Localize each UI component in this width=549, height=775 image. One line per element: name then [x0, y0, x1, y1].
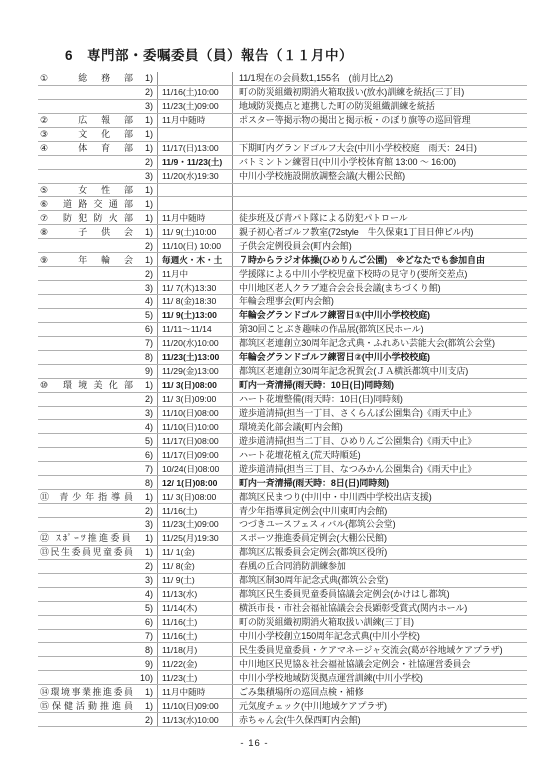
activity-cell: 町の防災組織初期消火箱取扱い(放水)訓練を統括(三丁目) — [233, 86, 527, 99]
department-cell: 4) — [38, 420, 157, 433]
activity-cell: 町内一斉清掃(雨天時：10日(日)同時刻) — [233, 379, 527, 392]
item-number: 9) — [137, 658, 153, 670]
table-row: 2) 11/ 3(日)09:00 ハート花壇整備(雨天時：10日(日)同時刻) — [38, 393, 527, 407]
table-row: 7) 11/16(土) 中川小学校創立150周年記念式典(中川小学校) — [38, 630, 527, 644]
department-cell: 2) — [38, 713, 157, 726]
item-number: 1) — [137, 546, 153, 558]
date-cell: 11/ 8(金) — [157, 560, 233, 573]
table-row: 4) 11/10(日)10:00 環境美化部会議(町内会館) — [38, 420, 527, 434]
table-row: 2) 11/13(水)10:00 赤ちゃん会(牛久保西町内会館) — [38, 713, 527, 727]
activity-cell: 横浜市長・市社会福祉協議会会長顕彰受賞式(関内ホール) — [233, 602, 527, 615]
item-number: 2) — [137, 393, 153, 405]
table-row: 6) 11/16(土) 町の防災組織初期消火箱取扱い訓練(三丁目) — [38, 616, 527, 630]
department-name: ⑧ 子供会 — [40, 226, 133, 238]
table-row: 2) 11月中 学援隊による中川小学校児童下校時の見守り(要所交差点) — [38, 267, 527, 281]
item-number: 7) — [137, 337, 153, 349]
table-row: ⑤ 女性部 1) — [38, 184, 527, 198]
section-title: 6 専門部・委嘱委員（員）報告（１１月中） — [65, 44, 527, 64]
table-row: 5) 11/17(日)08:00 遊歩道清掃(担当二丁目、ひめりんご公園集合)《… — [38, 434, 527, 448]
department-cell: ⑦ 防犯防火部 1) — [38, 211, 157, 224]
date-cell: 11/18(月) — [157, 643, 233, 656]
date-cell: 11/ 3(日)08:00 — [157, 379, 233, 392]
department-cell: 5) — [38, 602, 157, 615]
department-name: ⑩ 環境美化部 — [40, 379, 133, 391]
department-cell: 7) — [38, 462, 157, 475]
department-cell: 9) — [38, 365, 157, 378]
item-number: 3) — [137, 100, 153, 112]
item-number: 10) — [137, 672, 153, 684]
department-name: ⑨ 年輪会 — [40, 254, 133, 266]
table-row: 10) 11/23(土) 中川小学校地域防災拠点運営訓練(中川小学校) — [38, 671, 527, 685]
activity-cell: スポーツ推進委員定例会(大棚公民館) — [233, 532, 527, 545]
date-cell: 11/10(日)08:00 — [157, 407, 233, 420]
item-number: 4) — [137, 588, 153, 600]
item-number: 2) — [137, 560, 153, 572]
department-cell: 3) — [38, 518, 157, 531]
date-cell: 11/11～11/14 — [157, 323, 233, 336]
item-number: 1) — [137, 686, 153, 698]
item-number: 3) — [137, 407, 153, 419]
department-cell: ② 広報部 1) — [38, 114, 157, 127]
department-cell: ⑥ 道路交通部 1) — [38, 197, 157, 210]
table-row: ⑩ 環境美化部 1) 11/ 3(日)08:00 町内一斉清掃(雨天時：10日(… — [38, 379, 527, 393]
activity-cell: 民生委員児童委員・ケアマネージャ交流会(葛が谷地域ケアプラザ) — [233, 643, 527, 656]
date-cell: 11/ 9(土)10:00 — [157, 225, 233, 238]
activity-cell: 都筑区広報委員会定例会(都筑区役所) — [233, 546, 527, 559]
table-row: ④ 体育部 1) 11/17(日)13:00 下期町内グランドゴルフ大会(中川小… — [38, 142, 527, 156]
activity-cell: ７時からラジオ体操(ひめりんご公園) ※どなたでも参加自由 — [233, 253, 527, 266]
activity-cell: 地域防災拠点と連携した町の防災組織訓練を統括 — [233, 100, 527, 113]
table-row: ⑬民生委員児童委員 1) 11/ 1(金) 都筑区広報委員会定例会(都筑区役所) — [38, 546, 527, 560]
item-number: 2) — [137, 505, 153, 517]
item-number: 3) — [137, 518, 153, 530]
table-row: 3) 11/10(日)08:00 遊歩道清掃(担当一丁目、さくらんぼ公園集合)《… — [38, 407, 527, 421]
date-cell: 12/ 1(日)08:00 — [157, 476, 233, 489]
department-name: ① 総務部 — [40, 72, 133, 84]
date-cell: 11/10(日)10:00 — [157, 420, 233, 433]
activity-cell: 都筑区民生委員児童委員協議会定例会(かけはし都筑) — [233, 588, 527, 601]
item-number: 2) — [137, 86, 153, 98]
table-row: 8) 11/23(土)13:00 年輪会グランドゴルフ練習日②(中川小学校校庭) — [38, 351, 527, 365]
activity-cell: 遊歩道清掃(担当一丁目、さくらんぼ公園集合)《雨天中止》 — [233, 407, 527, 420]
department-cell: 4) — [38, 295, 157, 308]
item-number: 8) — [137, 644, 153, 656]
department-cell: 8) — [38, 643, 157, 656]
table-row: 4) 11/13(水) 都筑区民生委員児童委員協議会定例会(かけはし都筑) — [38, 588, 527, 602]
department-cell: 2) — [38, 239, 157, 252]
item-number: 3) — [137, 170, 153, 182]
activity-cell: ポスター等掲示物の掲出と掲示板・のぼり旗等の巡回管理 — [233, 114, 527, 127]
item-number: 6) — [137, 616, 153, 628]
table-row: ⑪ 青少年指導員 1) 11/ 3(日)08:00 都筑区民まつり(中川中・中川… — [38, 490, 527, 504]
table-row: 2) 11/16(土)10:00 町の防災組織初期消火箱取扱い(放水)訓練を統括… — [38, 86, 527, 100]
department-cell: ⑭環境事業推進委員 1) — [38, 685, 157, 698]
date-cell: 11/ 3(日)09:00 — [157, 393, 233, 406]
date-cell: 11/ 8(金)18:30 — [157, 295, 233, 308]
activity-cell: ハート花壇整備(雨天時：10日(日)同時刻) — [233, 393, 527, 406]
date-cell: 11/16(土)10:00 — [157, 86, 233, 99]
table-row: ① 総務部 1) 11/1現在の会員数1,155名 (前月比△2) — [38, 72, 527, 86]
table-row: ⑮保健活動推進員 1) 11/10(日)09:00 元気度チェック(中川地域ケア… — [38, 699, 527, 713]
date-cell: 11/13(水)10:00 — [157, 713, 233, 726]
activity-cell: つづきユースフェスィバル(都筑公会堂) — [233, 518, 527, 531]
item-number: 2) — [137, 714, 153, 726]
activity-cell: 親子初心者ゴルフ教室(72style 牛久保東1丁目日伸ビル内) — [233, 225, 527, 238]
department-cell: ⑩ 環境美化部 1) — [38, 379, 157, 392]
item-number: 1) — [137, 700, 153, 712]
item-number: 3) — [137, 574, 153, 586]
activity-cell: 青少年指導員定例会(中川東町内会館) — [233, 504, 527, 517]
activity-cell: 都筑区老連創立30周年記念祝賀会(ＪＡ横浜都筑中川支店) — [233, 365, 527, 378]
activity-cell: 年輪会理事会(町内会館) — [233, 295, 527, 308]
item-number: 2) — [137, 268, 153, 280]
activity-cell: 都筑区民まつり(中川中・中川西中学校出店支援) — [233, 490, 527, 503]
activity-cell: 春風の丘合同消防訓練参加 — [233, 560, 527, 573]
department-name: ⑦ 防犯防火部 — [40, 212, 133, 224]
activity-cell: 下期町内グランドゴルフ大会(中川小学校校庭 雨天：24日) — [233, 142, 527, 155]
item-number: 5) — [137, 435, 153, 447]
item-number: 1) — [137, 379, 153, 391]
department-name: ⑤ 女性部 — [40, 184, 133, 196]
activity-cell: 学援隊による中川小学校児童下校時の見守り(要所交差点) — [233, 267, 527, 280]
page-number: - 16 - — [0, 738, 509, 749]
table-row: ⑦ 防犯防火部 1) 11月中随時 徒歩班及び青パト隊による防犯パトロール — [38, 211, 527, 225]
date-cell: 11/ 3(日)08:00 — [157, 490, 233, 503]
item-number: 2) — [137, 156, 153, 168]
table-row: 3) 11/ 9(土) 都筑区制30周年記念式典(都筑公会堂) — [38, 574, 527, 588]
date-cell: 11/16(土) — [157, 616, 233, 629]
department-cell: 9) — [38, 657, 157, 670]
item-number: 1) — [137, 184, 153, 196]
date-cell: 11/16(土) — [157, 504, 233, 517]
activity-cell: 町の防災組織初期消火箱取扱い訓練(三丁目) — [233, 616, 527, 629]
department-cell: 3) — [38, 407, 157, 420]
table-row: 2) 11/ 8(金) 春風の丘合同消防訓練参加 — [38, 560, 527, 574]
table-row: 3) 11/23(土)09:00 地域防災拠点と連携した町の防災組織訓練を統括 — [38, 100, 527, 114]
item-number: 3) — [137, 282, 153, 294]
table-row: 2) 11/16(土) 青少年指導員定例会(中川東町内会館) — [38, 504, 527, 518]
department-cell: 6) — [38, 616, 157, 629]
item-number: 9) — [137, 365, 153, 377]
department-cell: 6) — [38, 448, 157, 461]
department-cell: 3) — [38, 574, 157, 587]
activity-cell: 赤ちゃん会(牛久保西町内会館) — [233, 713, 527, 726]
department-name: ⑥ 道路交通部 — [40, 198, 133, 210]
page-title: 専門部・委嘱委員（員）報告（１１月中） — [87, 44, 353, 64]
table-row: 6) 11/17(日)09:00 ハート花壇花植え(荒天時順延) — [38, 448, 527, 462]
date-cell: 11/29(金)13:00 — [157, 365, 233, 378]
date-cell — [157, 128, 233, 141]
activity-cell — [233, 197, 527, 210]
date-cell: 11/17(日)09:00 — [157, 448, 233, 461]
department-cell: ③ 文化部 1) — [38, 128, 157, 141]
date-cell — [157, 197, 233, 210]
item-number: 1) — [137, 114, 153, 126]
activity-cell: 徒歩班及び青パト隊による防犯パトロール — [233, 211, 527, 224]
department-cell: 10) — [38, 671, 157, 684]
date-cell: 11/17(日)08:00 — [157, 434, 233, 447]
activity-cell — [233, 128, 527, 141]
table-row: 8) 11/18(月) 民生委員児童委員・ケアマネージャ交流会(葛が谷地域ケアプ… — [38, 643, 527, 657]
activity-cell: 遊歩道清掃(担当三丁目、なつみかん公園集合)《雨天中止》 — [233, 462, 527, 475]
department-name: ⑭環境事業推進委員 — [40, 686, 133, 698]
activity-cell: 町内一斉清掃(雨天時：8日(日)同時刻) — [233, 476, 527, 489]
activity-cell: ごみ集積場所の巡回点検・補修 — [233, 685, 527, 698]
item-number: 6) — [137, 449, 153, 461]
department-cell: 2) — [38, 560, 157, 573]
table-row: 8) 12/ 1(日)08:00 町内一斉清掃(雨天時：8日(日)同時刻) — [38, 476, 527, 490]
activity-cell: 中川小学校地域防災拠点運営訓練(中川小学校) — [233, 671, 527, 684]
date-cell: 11/13(水) — [157, 588, 233, 601]
item-number: 1) — [137, 254, 153, 266]
activity-cell: 中川地区民児協＆社会福祉協議会定例会・社協運営委員会 — [233, 657, 527, 670]
department-cell: ⑫ ｽﾎﾟｰﾂ推進委員 1) — [38, 532, 157, 545]
department-cell: 2) — [38, 267, 157, 280]
table-row: 3) 11/20(水)19:30 中川小学校施設開放調整会議(大棚公民館) — [38, 170, 527, 184]
activity-cell: 子供会定例役員会(町内会館) — [233, 239, 527, 252]
item-number: 2) — [137, 240, 153, 252]
table-row: 3) 11/23(土)09:00 つづきユースフェスィバル(都筑公会堂) — [38, 518, 527, 532]
department-cell: 3) — [38, 100, 157, 113]
date-cell: 11/23(土)09:00 — [157, 100, 233, 113]
date-cell: 11/22(金) — [157, 657, 233, 670]
table-row: 7) 11/20(水)10:00 都筑区老連創立30周年記念式典・ふれあい芸能大… — [38, 337, 527, 351]
department-cell: 2) — [38, 86, 157, 99]
table-row: ② 広報部 1) 11月中随時 ポスター等掲示物の掲出と掲示板・のぼり旗等の巡回… — [38, 114, 527, 128]
date-cell: 11/ 1(金) — [157, 546, 233, 559]
table-row: 4) 11/ 8(金)18:30 年輪会理事会(町内会館) — [38, 295, 527, 309]
date-cell: 11/20(水)19:30 — [157, 170, 233, 183]
item-number: 5) — [137, 309, 153, 321]
date-cell: 11/ 9(土) — [157, 574, 233, 587]
department-cell: 3) — [38, 281, 157, 294]
activity-cell: 環境美化部会議(町内会館) — [233, 420, 527, 433]
item-number: 4) — [137, 421, 153, 433]
department-cell: 7) — [38, 337, 157, 350]
section-number: 6 — [65, 48, 73, 63]
table-row: 5) 11/ 9(土)13:00 年輪会グランドゴルフ練習日①(中川小学校校庭) — [38, 309, 527, 323]
item-number: 1) — [137, 72, 153, 84]
table-row: 7) 10/24(日)08:00 遊歩道清掃(担当三丁目、なつみかん公園集合)《… — [38, 462, 527, 476]
department-cell: 5) — [38, 434, 157, 447]
department-name: ⑫ ｽﾎﾟｰﾂ推進委員 — [40, 532, 133, 544]
activity-cell: ハート花壇花植え(荒天時順延) — [233, 448, 527, 461]
department-cell: ⑧ 子供会 1) — [38, 225, 157, 238]
department-name: ⑬民生委員児童委員 — [40, 546, 133, 558]
department-cell: ⑮保健活動推進員 1) — [38, 699, 157, 712]
activity-cell: 元気度チェック(中川地域ケアプラザ) — [233, 699, 527, 712]
activity-cell: 年輪会グランドゴルフ練習日①(中川小学校校庭) — [233, 309, 527, 322]
department-cell: ⑪ 青少年指導員 1) — [38, 490, 157, 503]
department-name: ⑮保健活動推進員 — [40, 700, 133, 712]
item-number: 1) — [137, 142, 153, 154]
table-row: ⑨ 年輪会 1) 毎週火・木・土 ７時からラジオ体操(ひめりんご公園) ※どなた… — [38, 253, 527, 267]
department-cell: 7) — [38, 630, 157, 643]
item-number: 4) — [137, 295, 153, 307]
item-number: 7) — [137, 630, 153, 642]
activity-cell: 第30回ことぶき趣味の作品展(都筑区民ホール) — [233, 323, 527, 336]
department-cell: ⑨ 年輪会 1) — [38, 253, 157, 266]
activity-cell — [233, 184, 527, 197]
department-cell: 2) — [38, 393, 157, 406]
department-cell: 3) — [38, 170, 157, 183]
date-cell: 11/20(水)10:00 — [157, 337, 233, 350]
department-cell: 5) — [38, 309, 157, 322]
table-row: 9) 11/22(金) 中川地区民児協＆社会福祉協議会定例会・社協運営委員会 — [38, 657, 527, 671]
date-cell: 11月中随時 — [157, 114, 233, 127]
department-name: ④ 体育部 — [40, 142, 133, 154]
activity-cell: 年輪会グランドゴルフ練習日②(中川小学校校庭) — [233, 351, 527, 364]
item-number: 1) — [137, 226, 153, 238]
item-number: 5) — [137, 602, 153, 614]
date-cell: 11/ 9(土)13:00 — [157, 309, 233, 322]
activity-cell: 都筑区制30周年記念式典(都筑公会堂) — [233, 574, 527, 587]
department-cell: 6) — [38, 323, 157, 336]
table-row: 5) 11/14(木) 横浜市長・市社会福祉協議会会長顕彰受賞式(関内ホール) — [38, 602, 527, 616]
item-number: 6) — [137, 323, 153, 335]
table-row: 3) 11/ 7(木)13:30 中川地区老人クラブ連合会会長会議(まちづくり館… — [38, 281, 527, 295]
department-name: ③ 文化部 — [40, 128, 133, 140]
activity-cell: 中川小学校創立150周年記念式典(中川小学校) — [233, 630, 527, 643]
date-cell: 11/ 7(木)13:30 — [157, 281, 233, 294]
date-cell: 毎週火・木・土 — [157, 253, 233, 266]
date-cell: 11/23(土)09:00 — [157, 518, 233, 531]
date-cell: 11/9・11/23(土) — [157, 156, 233, 169]
department-cell: 2) — [38, 156, 157, 169]
date-cell: 11/10(日) 10:00 — [157, 239, 233, 252]
table-row: ⑥ 道路交通部 1) — [38, 197, 527, 211]
activity-cell: 都筑区老連創立30周年記念式典・ふれあい芸能大会(都筑公会堂) — [233, 337, 527, 350]
table-row: 6) 11/11～11/14 第30回ことぶき趣味の作品展(都筑区民ホール) — [38, 323, 527, 337]
date-cell: 11/25(月)19:30 — [157, 532, 233, 545]
activity-cell: バトミントン練習日(中川小学校体育館 13:00 ～ 16:00) — [233, 156, 527, 169]
date-cell: 11月中随時 — [157, 685, 233, 698]
department-cell: 4) — [38, 588, 157, 601]
activity-cell: 遊歩道清掃(担当二丁目、ひめりんご公園集合)《雨天中止》 — [233, 434, 527, 447]
activity-cell: 中川小学校施設開放調整会議(大棚公民館) — [233, 170, 527, 183]
table-row: ⑭環境事業推進委員 1) 11月中随時 ごみ集積場所の巡回点検・補修 — [38, 685, 527, 699]
date-cell: 10/24(日)08:00 — [157, 462, 233, 475]
item-number: 1) — [137, 532, 153, 544]
item-number: 1) — [137, 198, 153, 210]
department-cell: 8) — [38, 351, 157, 364]
department-cell: ⑬民生委員児童委員 1) — [38, 546, 157, 559]
item-number: 1) — [137, 491, 153, 503]
date-cell: 11/10(日)09:00 — [157, 699, 233, 712]
item-number: 8) — [137, 351, 153, 363]
table-row: 2) 11/10(日) 10:00 子供会定例役員会(町内会館) — [38, 239, 527, 253]
date-cell — [157, 72, 233, 85]
department-cell: ① 総務部 1) — [38, 72, 157, 85]
date-cell: 11/16(土) — [157, 630, 233, 643]
date-cell: 11/23(土)13:00 — [157, 351, 233, 364]
department-name: ② 広報部 — [40, 114, 133, 126]
activity-cell: 11/1現在の会員数1,155名 (前月比△2) — [233, 72, 527, 85]
date-cell: 11/17(日)13:00 — [157, 142, 233, 155]
department-cell: 2) — [38, 504, 157, 517]
department-cell: 8) — [38, 476, 157, 489]
item-number: 8) — [137, 477, 153, 489]
report-table: ① 総務部 1) 11/1現在の会員数1,155名 (前月比△2) 2) 11/… — [38, 72, 527, 727]
table-row: ⑫ ｽﾎﾟｰﾂ推進委員 1) 11/25(月)19:30 スポーツ推進委員定例会… — [38, 532, 527, 546]
date-cell: 11月中 — [157, 267, 233, 280]
department-name: ⑪ 青少年指導員 — [40, 491, 133, 503]
department-cell: ④ 体育部 1) — [38, 142, 157, 155]
activity-cell: 中川地区老人クラブ連合会会長会議(まちづくり館) — [233, 281, 527, 294]
date-cell: 11/23(土) — [157, 671, 233, 684]
table-row: ③ 文化部 1) — [38, 128, 527, 142]
item-number: 7) — [137, 463, 153, 475]
item-number: 1) — [137, 212, 153, 224]
table-row: 2) 11/9・11/23(土) バトミントン練習日(中川小学校体育館 13:0… — [38, 156, 527, 170]
date-cell — [157, 184, 233, 197]
table-row: 9) 11/29(金)13:00 都筑区老連創立30周年記念祝賀会(ＪＡ横浜都筑… — [38, 365, 527, 379]
table-row: ⑧ 子供会 1) 11/ 9(土)10:00 親子初心者ゴルフ教室(72styl… — [38, 225, 527, 239]
document-page: 6 専門部・委嘱委員（員）報告（１１月中） ① 総務部 1) 11/1現在の会員… — [0, 0, 549, 775]
department-cell: ⑤ 女性部 1) — [38, 184, 157, 197]
item-number: 1) — [137, 128, 153, 140]
date-cell: 11月中随時 — [157, 211, 233, 224]
date-cell: 11/14(木) — [157, 602, 233, 615]
